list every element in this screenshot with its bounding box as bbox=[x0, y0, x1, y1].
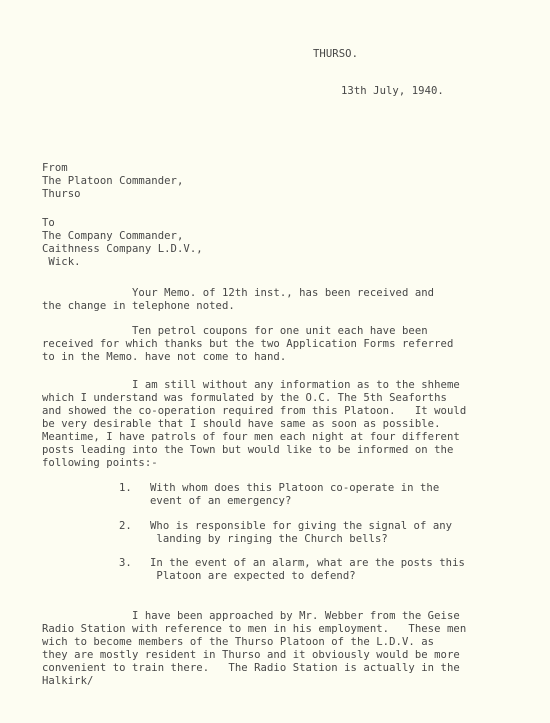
from-line: Thurso bbox=[42, 188, 81, 200]
point-line: With whom does this Platoon co-operate i… bbox=[150, 482, 439, 494]
to-line: Caithness Company L.D.V., bbox=[42, 243, 203, 255]
paragraph-line: wich to become members of the Thurso Pla… bbox=[42, 636, 434, 648]
point-number: 1. bbox=[119, 482, 132, 494]
point-line: Platoon are expected to defend? bbox=[150, 570, 356, 582]
to-line: The Company Commander, bbox=[42, 230, 183, 242]
paragraph-line: Halkirk/ bbox=[42, 675, 93, 687]
paragraph-line: posts leading into the Town but would li… bbox=[42, 444, 453, 456]
paragraph-line: received for which thanks but the two Ap… bbox=[42, 338, 453, 350]
letter-page: THURSO. 13th July, 1940. From The Platoo… bbox=[0, 0, 550, 723]
paragraph-line: convenient to train there. The Radio Sta… bbox=[42, 662, 460, 674]
paragraph-line: I am still without any information as to… bbox=[42, 379, 460, 391]
paragraph-line: be very desirable that I should have sam… bbox=[42, 418, 441, 430]
paragraph-line: which I understand was formulated by the… bbox=[42, 392, 447, 404]
place-heading: THURSO. bbox=[313, 48, 358, 60]
point-line: Who is responsible for giving the signal… bbox=[150, 520, 452, 532]
paragraph-line: Ten petrol coupons for one unit each hav… bbox=[42, 325, 428, 337]
point-number: 2. bbox=[119, 520, 132, 532]
paragraph-line: they are mostly resident in Thurso and i… bbox=[42, 649, 460, 661]
point-line: In the event of an alarm, what are the p… bbox=[150, 557, 465, 569]
paragraph-line: the change in telephone noted. bbox=[42, 300, 235, 312]
paragraph-line: I have been approached by Mr. Webber fro… bbox=[42, 610, 460, 622]
point-line: landing by ringing the Church bells? bbox=[150, 533, 388, 545]
paragraph-line: to in the Memo. have not come to hand. bbox=[42, 351, 286, 363]
from-label: From bbox=[42, 162, 68, 174]
to-line: Wick. bbox=[42, 256, 81, 268]
letter-date: 13th July, 1940. bbox=[341, 85, 444, 97]
paragraph-line: Meantime, I have patrols of four men eac… bbox=[42, 431, 460, 443]
to-label: To bbox=[42, 217, 55, 229]
paragraph-line: Radio Station with reference to men in h… bbox=[42, 623, 466, 635]
paragraph-line: following points:- bbox=[42, 457, 158, 469]
from-line: The Platoon Commander, bbox=[42, 175, 183, 187]
point-number: 3. bbox=[119, 557, 132, 569]
paragraph-line: Your Memo. of 12th inst., has been recei… bbox=[42, 287, 434, 299]
point-line: event of an emergency? bbox=[150, 495, 291, 507]
paragraph-line: and showed the co-operation required fro… bbox=[42, 405, 466, 417]
